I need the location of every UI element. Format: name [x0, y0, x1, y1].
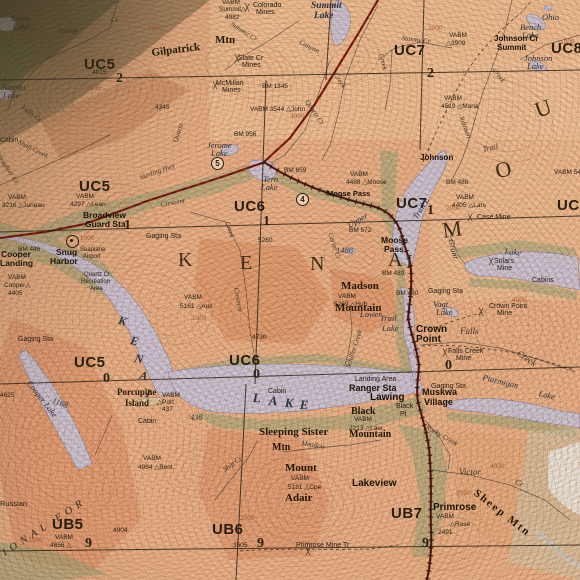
contour-label-2000: 2000 [240, 516, 254, 523]
water-label-436: '436 [188, 413, 203, 422]
gridnum-label-2: 2 [427, 67, 434, 81]
small-label-mine: Mine [456, 355, 471, 362]
grid-label-uc8: UC8 [557, 198, 580, 213]
water-label-ohio: Ohio [542, 13, 559, 22]
small-label-colorado: Colorado [253, 2, 281, 9]
creek-label-falls-cr: Falls Cr [20, 104, 43, 124]
town-label-pass: Pass [384, 245, 404, 254]
bench-label-4982: 4982 [225, 15, 239, 22]
contour-label-1000: 1000 [560, 40, 574, 47]
bench-label-vabm: VABM [436, 514, 454, 521]
lakeletter-label-l: L [253, 391, 261, 404]
water-label-lake: Lake [261, 183, 278, 192]
water-label-ptarmigan: Ptarmigan [482, 373, 519, 390]
creek-label-slaughter-cr: Slaughter Cr [0, 151, 20, 185]
contour-label-4000: 4000 [490, 464, 504, 471]
contour-label-2000: 2000 [456, 491, 470, 498]
water-label-lake: Lake [436, 308, 453, 317]
bench-label-vabm: VABM [55, 535, 73, 542]
small-label-falls-creek: Falls Creek [448, 348, 483, 355]
creek-label-quartz: Quartz [172, 123, 185, 144]
small-label-mcmillan: McMillan [216, 80, 244, 87]
lakeletter-label-e: E [300, 398, 309, 411]
creek-label-victor: Victor [459, 468, 481, 477]
bench-label-vabm: VABM [456, 195, 474, 202]
mine-icon: ╳ [235, 56, 239, 63]
gridnum-label-1: 1 [263, 215, 270, 229]
small-label-solars: Solars [494, 258, 514, 265]
small-label-pt: Pt [400, 411, 407, 418]
seaplane-base-icon [66, 235, 79, 248]
town-label-ranger-sta: Ranger Sta [349, 384, 397, 393]
bench-label-bm-486: BM 486 [446, 180, 468, 187]
creek-label-schiller-creek: Schiller Creek [345, 329, 364, 369]
small-label-gaging-sta: Gaging Sta [18, 336, 53, 343]
bench-label-2491: 2491 [438, 530, 452, 537]
feature-label-mtn: Mtn [215, 35, 235, 46]
town-label-primrose: Primrose [433, 503, 476, 513]
bench-label-vabm: VABM [338, 294, 356, 301]
bench-label-vabm-5461: VABM 5461 [554, 170, 580, 177]
town-label-landing: Landing [0, 259, 33, 268]
small-label-gaging-sta: Gaging Sta [428, 288, 463, 295]
spot-label-5260: 5260 [258, 238, 272, 245]
contour-label-2000: 2000 [446, 206, 460, 213]
contour-label-3000: 3000 [86, 86, 100, 93]
small-label-cabin: Cabin [138, 418, 156, 425]
small-label-russian: Russian [0, 500, 27, 508]
small-label-gaging-sta: Gaging Sta [146, 233, 181, 240]
creek-label-sterling-hwy: Sterling Hwy [139, 162, 176, 181]
feature-label-island: Island [125, 399, 149, 408]
creek-label-canyon: Canyon [298, 39, 321, 55]
water-label-lake: Lake [382, 324, 399, 333]
route-shield-5: 5 [211, 157, 224, 170]
town-label-moose-pass: Moose Pass [327, 190, 370, 198]
creek-label-juneau: Juneau [58, 27, 79, 36]
contour-label-1000: 1000 [80, 236, 94, 243]
grid-label-uc6: UC6 [234, 199, 266, 214]
gridnum-label-2: 2 [116, 72, 123, 86]
contour-label-2000: 2000 [12, 62, 26, 69]
lakeletter-label-e: E [129, 334, 140, 348]
contour-label-2000: 2000 [428, 26, 442, 33]
bench-label-vabm: VABM [444, 96, 462, 103]
feature-label-gilpatrick: Gilpatrick [151, 42, 201, 59]
small-label-slate-cr: Slate Cr [238, 55, 263, 62]
grid-label-ub6: UB6 [212, 522, 244, 537]
spot-label-4730: 4730 [252, 335, 266, 342]
bench-label-cooper: Cooper△ [4, 283, 30, 290]
creek-label-creek: Creek [223, 221, 235, 239]
bench-label-bm-572: BM 572 [349, 228, 371, 235]
feature-label-sleeping-sister: Sleeping Sister [259, 427, 328, 438]
contour-label-1000: 1000 [192, 316, 206, 323]
small-label-cabins: Cabins [532, 277, 554, 284]
lakeletter-label-n: N [134, 352, 145, 366]
bigletter-label-o: O [493, 157, 514, 182]
bench-label-bm-446: BM 446 [18, 247, 40, 254]
creek-label-trail: Trail [482, 143, 499, 154]
water-label-trail: Trail [380, 314, 397, 323]
water-label-lower: Lower [360, 310, 382, 319]
small-label-cabin: Cabin [0, 137, 18, 144]
spot-label-4625: 4625 [0, 393, 14, 400]
bench-label-vabm: VABM [8, 195, 26, 202]
bigletter-label-u: U [532, 96, 554, 122]
creek-label-johnson: Johnson [457, 115, 472, 139]
bench-label-bm-489: BM 489 [382, 271, 404, 278]
lakeletter-label-a: A [139, 369, 149, 382]
bench-label-5181-cpe: 5181 △Cpe [288, 485, 321, 492]
small-label-area: Area [90, 286, 103, 292]
bench-label-bm-659: BM 659 [284, 168, 306, 175]
water-label-lake: Lake [522, 31, 539, 40]
bench-label-vabm: VABM [449, 33, 467, 40]
grid-label-uc7: UC7 [394, 43, 426, 58]
town-label-village: Village [424, 398, 453, 407]
topo-map: UC52UC72UC8UC51UC61UC71UC8UC50UC600UB59U… [0, 0, 580, 580]
bench-label-rose: △Rose [450, 522, 470, 529]
creek-label-crescent: Crescent [232, 287, 243, 312]
mine-icon: ╳ [479, 309, 483, 316]
small-label-recreation: Recreation [81, 279, 110, 285]
creek-label-cr: Cr [111, 17, 118, 24]
bench-label-vabm: VABM [350, 172, 368, 179]
gridnum-label-1: 1 [427, 204, 434, 218]
small-label-landing-area: Landing Area [355, 376, 396, 383]
bench-label-4984-bent: 4984 △Bent [138, 465, 173, 472]
town-label-harbor: Harbor [50, 257, 78, 266]
creek-label-cr: Cr [513, 478, 524, 489]
spot-label-4015: 4015 [92, 70, 106, 77]
bench-label-bm-1345: BM 1345 [262, 84, 288, 91]
creek-label-ship-cr: Ship Cr [222, 455, 244, 473]
bench-label-vabm: VABM [8, 275, 26, 282]
gridnum-label-0: 0 [445, 359, 452, 373]
spot-label-4345: 4345 [155, 105, 169, 112]
water-label-grant: Grant [447, 238, 460, 260]
bench-label-3909: △3909 [446, 41, 465, 48]
bench-label-vabm: VABM [291, 476, 309, 483]
creek-label-creek: Creek [377, 53, 388, 71]
lakeletter-label-k: K [117, 314, 128, 328]
contour-label-3000: 3000 [290, 114, 304, 121]
gridnum-label-9: 9 [257, 537, 264, 551]
mine-icon: ╳ [306, 549, 310, 556]
bench-label-4656: 4656 △ [50, 543, 71, 550]
small-label-seaplane: Seaplane [80, 247, 105, 253]
creek-label-quartz-cr: Quartz Cr [303, 99, 325, 127]
mine-icon: ╳ [443, 350, 447, 357]
small-label-mine: Mine [497, 310, 512, 317]
small-label-mines: Mines [256, 9, 275, 16]
bigletter-label-e: E [240, 253, 252, 273]
small-label-mine: Mine [497, 265, 512, 272]
bench-label-vabm: VABM [184, 295, 202, 302]
feature-label-madson: Madson [341, 281, 379, 292]
contour-label-4000: 4000 [148, 26, 162, 33]
bench-label-5161-aus: 5161 △Aus [180, 304, 212, 311]
creek-label-creek: Creek [515, 349, 538, 368]
gridnum-label-0: 0 [253, 368, 260, 382]
town-label-lawing: Lawing [370, 393, 404, 403]
small-label-airport: Airport [83, 254, 101, 260]
route-shield-4: 4 [296, 193, 309, 206]
water-label-lake: Lake [13, 22, 30, 31]
grid-label-ub7: UB7 [391, 506, 423, 521]
creek-label-crescent: Crescent [160, 198, 185, 209]
bench-label-summit: Summit△ [219, 7, 246, 14]
creek-label-rocky-creek: Rocky Creek [425, 424, 459, 448]
contour-label-4000: 4000 [512, 298, 526, 305]
bench-label-4488-moose: 4488 △Moose [346, 180, 387, 187]
mine-icon: ╳ [489, 259, 493, 266]
small-label-primrose-mine-tr: Primrose Mine Tr [296, 542, 349, 549]
small-label-cabin: Cabin [268, 388, 286, 395]
bench-label-437: 437 [162, 407, 173, 414]
town-label-point: Point [416, 335, 441, 345]
town-label-lakeview: Lakeview [352, 479, 396, 489]
town-label-guard-sta: Guard Sta [85, 220, 126, 229]
gridnum-label-0: 0 [103, 372, 110, 386]
bench-label-3216-juneau: 3216 △Juneau [2, 203, 45, 210]
lakeletter-label-a: A [269, 394, 278, 407]
spot-label-4904: 4904 [113, 528, 127, 535]
bench-label-4297-lean: 4297 △Lean [70, 202, 106, 209]
bigletter-label-n: N [310, 254, 324, 274]
grid-label-uc5: UC5 [74, 355, 106, 370]
bigletter-label-i: I [406, 252, 413, 272]
town-label-johnson: Johnson [420, 154, 453, 162]
feature-label-adair: Adair [285, 493, 313, 504]
small-label-case-mine: Case Mine [477, 214, 510, 221]
creek-label-shaft-creek: Shaft Creek [17, 139, 49, 160]
bigletter-label-k: K [178, 250, 192, 270]
bench-label-vabm: VABM [143, 456, 161, 463]
creek-label-creek: Creek [332, 72, 347, 90]
grid-label-uc5: UC5 [79, 179, 111, 194]
water-label-lake: Lake [211, 149, 228, 158]
water-label-lake: Lake [3, 91, 20, 100]
creek-label-creek: Creek [490, 67, 506, 84]
small-label-black: Black [396, 403, 413, 410]
gridnum-label-9: 9 [85, 537, 92, 551]
spot-label-3505: 3505 [233, 543, 247, 550]
mine-icon: ╳ [213, 83, 217, 90]
lakeletter-label-k: K [285, 396, 294, 409]
bench-label-5269-hub: 5269 △Hub [334, 302, 367, 309]
small-label-mines: Mines [222, 87, 241, 94]
small-label-gaging-sta: Gaging Sta [431, 383, 466, 390]
map-labels-layer: UC52UC72UC8UC51UC61UC71UC8UC50UC600UB59U… [0, 0, 580, 580]
waterbold-label-lake: Lake [314, 12, 334, 22]
bench-label-vabm: VABM [354, 417, 372, 424]
bench-label-bm-956: BM 956 [234, 132, 256, 139]
creek-label-falls: Falls [460, 327, 479, 336]
feature-label-sheep-mtn: Sheep Mtn [471, 488, 532, 539]
water-label-lake: Lake [527, 62, 544, 71]
small-label-mines: Mines [242, 62, 261, 69]
feature-label-porcupine: Porcupine [117, 388, 156, 397]
gridnum-label-9: 9 [422, 537, 429, 551]
bench-label-4405: 4405 [8, 291, 22, 298]
grid-label-uc6: UC6 [229, 353, 261, 368]
bench-label-bm-480: BM 480 [396, 291, 418, 298]
feature-label-mount: Mount [285, 463, 317, 474]
feature-label-mtn: Mtn [272, 443, 290, 453]
bench-label-vabm: VABM [76, 194, 94, 201]
bench-label-4519-marla: 4519 △Marla [441, 104, 479, 111]
water-label-lake: Lake [538, 389, 556, 401]
small-label-quartz-cr: Quartz Cr [84, 272, 110, 278]
creek-label-meadow: Meadow [301, 440, 326, 451]
mine-icon: ╳ [468, 215, 472, 222]
bench-label-2213-law: 2213 △Law [349, 426, 382, 433]
mine-icon: ╳ [245, 5, 249, 12]
water-label-lake: Lake [504, 247, 521, 257]
town-label-summit: Summit [497, 44, 526, 52]
